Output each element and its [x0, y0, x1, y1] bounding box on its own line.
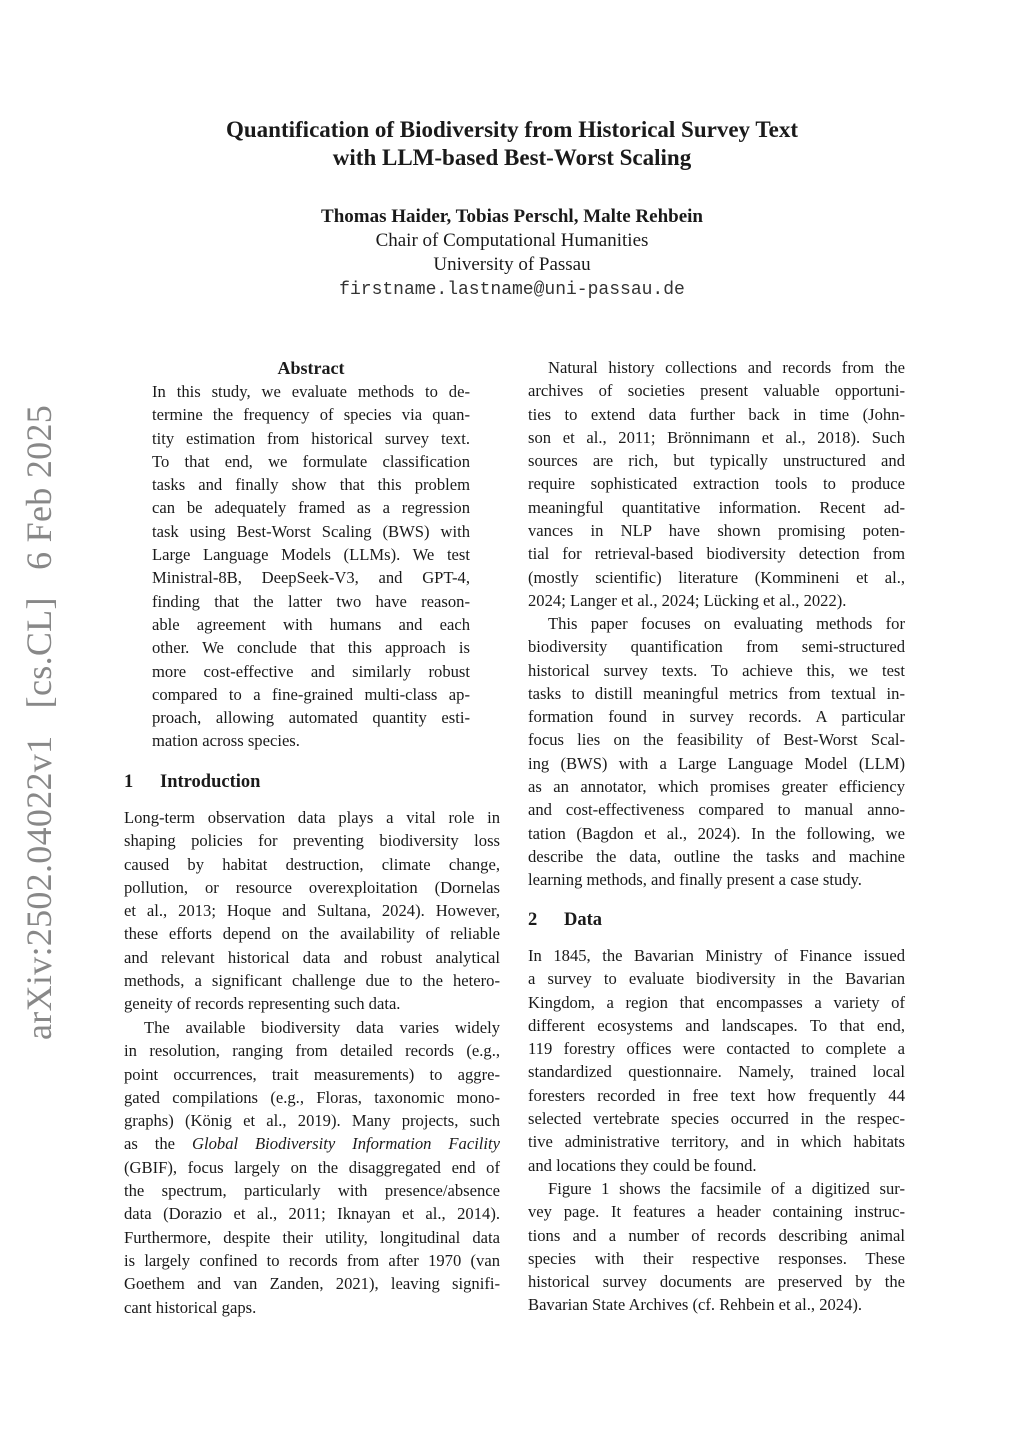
text-line: geneity of records representing such dat… [124, 992, 500, 1015]
affiliation: Chair of Computational Humanities [0, 229, 1024, 253]
text-line: historical survey texts. To achieve this… [528, 659, 905, 682]
text-line: vances in NLP have shown promising poten… [528, 519, 905, 542]
abstract-line: Ministral-8B, DeepSeek-V3, and GPT-4, [152, 566, 470, 589]
text-line: species with their respective responses.… [528, 1247, 905, 1270]
data-paragraph-2: Figure 1 shows the facsimile of a digiti… [528, 1177, 905, 1317]
text-line: historical survey documents are preserve… [528, 1270, 905, 1293]
intro-paragraph-3: Natural history collections and records … [528, 356, 905, 612]
text-line: selected vertebrate species occurred in … [528, 1107, 905, 1130]
text-line: sources are rich, but typically unstruct… [528, 449, 905, 472]
text-line: Furthermore, despite their utility, long… [124, 1226, 500, 1249]
text-fragment: as the [124, 1134, 175, 1153]
section-title: Data [564, 910, 602, 930]
text-line: and relevant historical data and robust … [124, 946, 500, 969]
text-line: In 1845, the Bavarian Ministry of Financ… [528, 944, 905, 967]
text-line: Long-term observation data plays a vital… [124, 806, 500, 829]
text-line: describe the data, outline the tasks and… [528, 845, 905, 868]
text-line: Figure 1 shows the facsimile of a digiti… [528, 1177, 905, 1200]
section-title: Introduction [160, 772, 260, 792]
text-line: 119 forestry offices were contacted to c… [528, 1037, 905, 1060]
abstract-line: compared to a fine-grained multi-class a… [152, 683, 470, 706]
text-line: Bavarian State Archives (cf. Rehbein et … [528, 1293, 905, 1316]
authors: Thomas Haider, Tobias Perschl, Malte Reh… [0, 205, 1024, 229]
text-line: these efforts depend on the availability… [124, 922, 500, 945]
intro-paragraph-4: This paper focuses on evaluating methods… [528, 612, 905, 892]
intro-paragraph-2: The available biodiversity data varies w… [124, 1016, 500, 1319]
text-line: Natural history collections and records … [528, 356, 905, 379]
institution: University of Passau [0, 253, 1024, 277]
arxiv-category: [cs.CL] [19, 597, 59, 708]
arxiv-date: 6 Feb 2025 [19, 405, 59, 570]
gbif-italic: Global Biodiversity Information Facility [192, 1134, 500, 1153]
text-line: the spectrum, particularly with presence… [124, 1179, 500, 1202]
text-line: tial for retrieval-based biodiversity de… [528, 542, 905, 565]
text-line: (GBIF), focus largely on the disaggregat… [124, 1156, 500, 1179]
abstract-line: tasks and finally show that this problem [152, 473, 470, 496]
section-number: 1 [124, 770, 160, 794]
text-line: methods, a significant challenge due to … [124, 969, 500, 992]
text-line: ing (BWS) with a Large Language Model (L… [528, 752, 905, 775]
text-line: as an annotator, which promises greater … [528, 775, 905, 798]
text-line: learning methods, and finally present a … [528, 868, 905, 891]
text-line: ties to extend data further back in time… [528, 403, 905, 426]
text-line: a survey to evaluate biodiversity in the… [528, 967, 905, 990]
abstract-line: can be adequately framed as a regression [152, 496, 470, 519]
text-line: biodiversity quantification from semi-st… [528, 635, 905, 658]
text-line: meaningful quantitative information. Rec… [528, 496, 905, 519]
text-line: different ecosystems and landscapes. To … [528, 1014, 905, 1037]
abstract-line: To that end, we formulate classification [152, 450, 470, 473]
text-line: data (Dorazio et al., 2011; Iknayan et a… [124, 1202, 500, 1225]
text-line: The available biodiversity data varies w… [124, 1016, 500, 1039]
abstract-line: mation across species. [152, 729, 470, 752]
text-line: 2024; Langer et al., 2024; Lücking et al… [528, 589, 905, 612]
title-line-2: with LLM-based Best-Worst Scaling [0, 144, 1024, 172]
text-line: require sophisticated extraction tools t… [528, 472, 905, 495]
text-line: tasks to distill meaningful metrics from… [528, 682, 905, 705]
text-line: is largely confined to records from afte… [124, 1249, 500, 1272]
abstract-body: In this study, we evaluate methods to de… [152, 380, 470, 753]
text-line: This paper focuses on evaluating methods… [528, 612, 905, 635]
text-line: standardized questionnaire. Namely, trai… [528, 1060, 905, 1083]
text-line-gbif: as the Global Biodiversity Information F… [124, 1132, 500, 1155]
title-line-1: Quantification of Biodiversity from Hist… [0, 116, 1024, 144]
abstract-heading: Abstract [152, 356, 470, 380]
abstract-line: tity estimation from historical survey t… [152, 427, 470, 450]
text-line: and cost-effectiveness compared to manua… [528, 798, 905, 821]
text-line: et al., 2013; Hoque and Sultana, 2024). … [124, 899, 500, 922]
section-number: 2 [528, 908, 564, 932]
text-line: point occurrences, trait measurements) t… [124, 1063, 500, 1086]
abstract-line: able agreement with humans and each [152, 613, 470, 636]
abstract-line: task using Best-Worst Scaling (BWS) with [152, 520, 470, 543]
text-line: caused by habitat destruction, climate c… [124, 853, 500, 876]
text-line: graphs) (König et al., 2019). Many proje… [124, 1109, 500, 1132]
text-line: (mostly scientific) literature (Komminen… [528, 566, 905, 589]
text-line: and locations they could be found. [528, 1154, 905, 1177]
section-heading-data: 2Data [528, 908, 602, 932]
text-line: cant historical gaps. [124, 1296, 500, 1319]
text-line: in resolution, ranging from detailed rec… [124, 1039, 500, 1062]
abstract-line: more cost-effective and similarly robust [152, 660, 470, 683]
abstract-line: other. We conclude that this approach is [152, 636, 470, 659]
abstract-line: In this study, we evaluate methods to de… [152, 380, 470, 403]
text-line: shaping policies for preventing biodiver… [124, 829, 500, 852]
abstract-line: proach, allowing automated quantity esti… [152, 706, 470, 729]
arxiv-stamp: arXiv:2502.04022v1 [cs.CL] 6 Feb 2025 [18, 387, 60, 1040]
text-line: formation found in survey records. A par… [528, 705, 905, 728]
text-line: tation (Bagdon et al., 2024). In the fol… [528, 822, 905, 845]
abstract-line: finding that the latter two have reason- [152, 590, 470, 613]
text-line: son et al., 2011; Brönnimann et al., 201… [528, 426, 905, 449]
text-line: foresters recorded in free text how freq… [528, 1084, 905, 1107]
intro-paragraph-1: Long-term observation data plays a vital… [124, 806, 500, 1016]
text-line: archives of societies present valuable o… [528, 379, 905, 402]
text-line: pollution, or resource overexploitation … [124, 876, 500, 899]
abstract-line: Large Language Models (LLMs). We test [152, 543, 470, 566]
text-line: vey page. It features a header containin… [528, 1200, 905, 1223]
text-line: focus lies on the feasibility of Best-Wo… [528, 728, 905, 751]
text-line: Kingdom, a region that encompasses a var… [528, 991, 905, 1014]
arxiv-id: arXiv:2502.04022v1 [19, 736, 59, 1040]
text-line: tive administrative territory, and in wh… [528, 1130, 905, 1153]
abstract-line: termine the frequency of species via qua… [152, 403, 470, 426]
section-heading-introduction: 1Introduction [124, 770, 260, 794]
paper-title: Quantification of Biodiversity from Hist… [0, 116, 1024, 172]
text-line: tions and a number of records describing… [528, 1224, 905, 1247]
author-email: firstname.lastname@uni-passau.de [0, 278, 1024, 302]
text-line: Goethem and van Zanden, 2021), leaving s… [124, 1272, 500, 1295]
text-line: gated compilations (e.g., Floras, taxono… [124, 1086, 500, 1109]
data-paragraph-1: In 1845, the Bavarian Ministry of Financ… [528, 944, 905, 1177]
